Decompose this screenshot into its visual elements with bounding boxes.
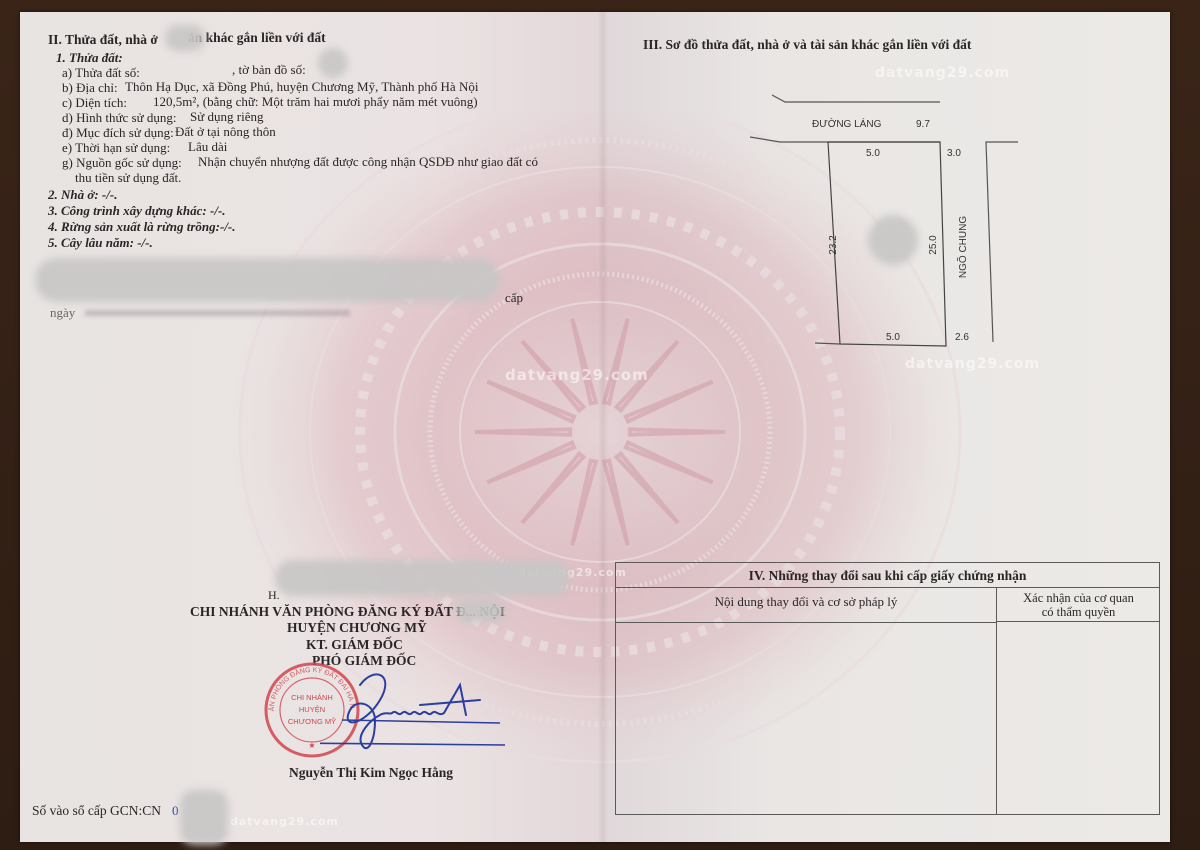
road-label: ĐƯỜNG LÁNG [812,117,882,130]
land-usage-form-label: d) Hình thức sử dụng: [62,110,176,125]
column-divider [996,622,997,814]
land-area-value: 120,5m², (bằng chữ: Một trăm hai mươi ph… [153,94,478,109]
center-fold [598,12,608,842]
place-prefix: H. [268,588,280,603]
top-edge-label: 5.0 [866,148,880,159]
column-header-confirmation: Xác nhận của cơ quan có thẩm quyền [996,587,1160,622]
land-origin-value-2: thu tiền sử dụng đất. [75,170,181,185]
office-line-2: HUYỆN CHƯƠNG MỸ [287,620,427,636]
watermark: datvang29.com [505,366,649,384]
redaction [180,790,228,845]
land-a-label: a) Thửa đất số: [62,65,140,80]
signer-name: Nguyễn Thị Kim Ngọc Hằng [289,765,453,781]
redaction [85,310,350,316]
redaction [275,560,570,596]
role-line-1: KT. GIÁM ĐỐC [306,637,403,653]
svg-text:★: ★ [308,741,315,750]
redaction [318,48,348,78]
land-address-label: b) Địa chỉ: [62,80,118,95]
watermark: datvang29.com [875,65,1010,81]
land-purpose-label: đ) Mục đích sử dụng: [62,125,174,140]
land-term-value: Lâu dài [188,139,227,154]
land-term-label: e) Thời hạn sử dụng: [62,140,170,155]
land-a-map-label: , tờ bản đồ số: [232,62,306,77]
land-address-value: Thôn Hạ Dục, xã Đồng Phú, huyện Chương M… [125,79,478,94]
note-line-prefix: ngày [50,305,75,320]
changes-table: IV. Những thay đổi sau khi cấp giấy chứn… [615,562,1160,815]
section2-title-right: ản khác gắn liền với đất [188,30,326,45]
right-edge-label: 25.0 [928,235,939,255]
redaction [35,258,500,302]
redaction [165,25,205,51]
land-origin-label: g) Nguồn gốc sử dụng: [62,155,182,170]
registry-number: 0 [172,803,179,818]
house-line: 2. Nhà ở: -/-. [48,187,117,202]
land-purpose-value: Đất ở tại nông thôn [175,124,276,139]
handwritten-signature [320,665,510,760]
alley-top-width-label: 3.0 [947,148,961,159]
section3-title: III. Sơ đồ thửa đất, nhà ở và tài sản kh… [643,37,971,52]
land-heading: 1. Thửa đất: [56,50,123,65]
bottom-edge-label: 5.0 [886,332,900,343]
left-edge-label: 23.2 [828,235,839,255]
registry-label: Số vào sổ cấp GCN:CN [32,803,161,818]
land-origin-value-1: Nhận chuyển nhượng đất được công nhận QS… [198,154,538,169]
alley-label: NGÕ CHUNG [956,216,969,278]
land-area-label: c) Diện tích: [62,95,127,110]
note-suffix: cấp [505,290,523,305]
redaction [868,215,918,265]
watermark: datvang29.com [905,356,1040,372]
alley-bottom-width-label: 2.6 [955,332,969,343]
column-header-confirmation-line2: có thẩm quyền [997,605,1160,619]
other-works-line: 3. Công trình xây dựng khác: -/-. [48,203,226,218]
redaction [455,600,505,622]
section4-title: IV. Những thay đổi sau khi cấp giấy chứn… [616,563,1159,588]
column-header-changes: Nội dung thay đổi và cơ sở pháp lý [616,587,996,623]
land-usage-form-value: Sử dụng riêng [190,109,264,124]
column-header-confirmation-line1: Xác nhận của cơ quan [997,591,1160,605]
forest-line: 4. Rừng sản xuất là rừng trồng:-/-. [48,219,236,234]
watermark: datvang29.com [230,815,339,828]
section2-title-left: II. Thửa đất, nhà ở [48,32,158,47]
perennial-line: 5. Cây lâu năm: -/-. [48,235,153,250]
road-width-label: 9.7 [916,119,930,130]
